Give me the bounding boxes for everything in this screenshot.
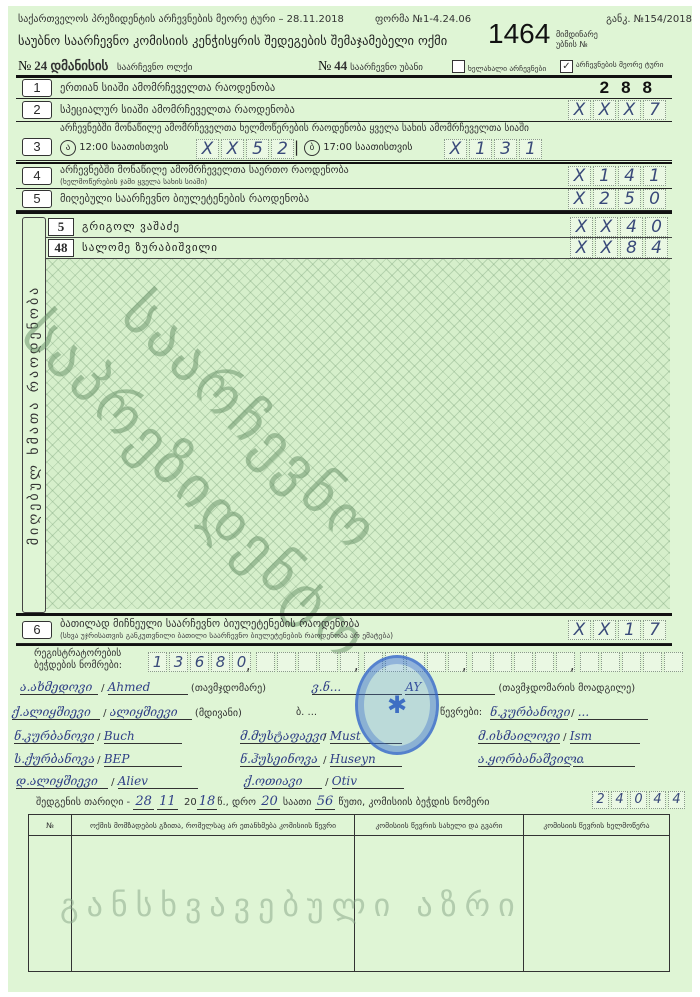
section-divider <box>16 613 672 616</box>
member-name: მ.მუსტაფაევი <box>240 729 320 744</box>
digit-box[interactable]: 1 <box>148 652 167 672</box>
row-number: 3 <box>22 138 52 156</box>
digit-boxes: X 2 5 0 <box>568 189 666 209</box>
section-divider <box>16 644 672 646</box>
member-signature: დ.ალიყშიევი / Aliev <box>16 774 198 789</box>
digit-boxes: X X 4 0 <box>570 217 668 237</box>
time-12-label: 12:00 საათისთვის <box>79 142 168 153</box>
date-month: 11 <box>157 794 178 810</box>
year-prefix: 20 <box>184 797 197 808</box>
member-signature: ს.ქურბანოვა / ВЕР <box>14 752 182 767</box>
repeat-election-checkbox[interactable] <box>452 60 465 73</box>
precinct-id-number: 1464 <box>488 18 550 50</box>
digit-box[interactable]: 1 <box>593 166 616 186</box>
digit-box[interactable]: 0 <box>643 189 666 209</box>
digit-box[interactable]: 2 <box>271 139 294 159</box>
member-name: ნ.ჰუსეინოვა <box>240 752 320 767</box>
digit-box[interactable]: 2 <box>592 791 609 809</box>
candidate-number: 48 <box>48 239 74 257</box>
candidate-name: სალომე ზურაბიშვილი <box>82 241 218 254</box>
cell[interactable] <box>524 836 670 972</box>
district-number: 24 დმანისის <box>34 58 108 73</box>
digit-box[interactable]: X <box>618 100 641 120</box>
row-sublabel: (ხელმოწერების ჯამი ყველა სახის სიაში) <box>60 177 207 186</box>
digit-box[interactable] <box>514 652 533 672</box>
candidate-name: გრიგოლ ვაშაძე <box>82 220 180 233</box>
digit-box[interactable]: X <box>570 217 593 237</box>
precinct-label: საარჩევნო უბანი <box>350 63 423 73</box>
digit-box[interactable]: 7 <box>643 100 666 120</box>
digit-box[interactable]: X <box>568 620 591 640</box>
digit-box[interactable] <box>277 652 296 672</box>
time-17-group: ბ 17:00 საათისთვის <box>304 140 413 156</box>
commission-seal-stamp <box>355 655 439 755</box>
row-number: 2 <box>22 101 52 119</box>
year-unit: წ., დრო <box>217 797 256 808</box>
row-4-total-voters: 4 არჩევნებში მონაწილე ამომრჩეველთა საერთ… <box>16 162 672 189</box>
member-sig: ... <box>573 752 635 767</box>
district-prefix: № <box>18 59 31 74</box>
digit-box[interactable] <box>643 652 662 672</box>
comma: , <box>246 658 250 674</box>
digit-box[interactable] <box>664 652 683 672</box>
option-b-marker: ბ <box>304 140 320 156</box>
member-sig: Otiv <box>332 774 404 789</box>
digit-boxes: X X 1 7 <box>568 620 666 640</box>
digit-box[interactable]: 1 <box>643 166 666 186</box>
digit-box[interactable]: X <box>568 100 591 120</box>
year-suffix: 18 <box>197 794 218 810</box>
digit-box[interactable]: X <box>593 100 616 120</box>
deputy-role: (თავმჯდომარის მოადგილე) <box>498 683 635 694</box>
time-12-group: ა 12:00 საათისთვის <box>60 140 169 156</box>
printed-value: 288 <box>600 78 664 98</box>
row-3-signatures-by-time: 3 არჩევნებში მონაწილე ამომრჩეველთა ხელმო… <box>16 122 672 161</box>
hour: 20 <box>259 794 280 810</box>
district-precinct-row: № 24 დმანისის საარჩევნო ოლქი № 44 საარჩე… <box>18 58 684 74</box>
col-disagreement: ოქმის მომზადების გზითა, რომელსაც არ ეთან… <box>72 815 355 836</box>
row-label: ერთიან სიაში ამომრჩეველთა რაოდენობა <box>60 82 275 94</box>
appendix-reference: განკ. №154/2018 <box>606 14 692 25</box>
col-member-signature: კომისიის წევრის ხელმოწერა <box>524 815 670 836</box>
cancelled-hatch-area: საარჩევნო საპრეზიდენტო <box>46 259 670 609</box>
row-label: სპეციალურ სიაში ამომრჩეველთა რაოდენობა <box>60 104 295 116</box>
row-5-received-ballots: 5 მიღებული საარჩევნო ბიულეტენების რაოდენ… <box>16 188 672 211</box>
member-signature: მ.ისმაილოვი / Ism <box>478 729 640 744</box>
digit-box[interactable] <box>601 652 620 672</box>
digit-box[interactable]: 3 <box>169 652 188 672</box>
digit-box[interactable]: 0 <box>630 791 647 809</box>
digit-box[interactable]: 1 <box>469 139 492 159</box>
digit-box[interactable]: X <box>196 139 219 159</box>
row-number: 1 <box>22 79 52 97</box>
votes-section: მიღებულ ხმათა რაოდენობა 5 გრიგოლ ვაშაძე … <box>16 213 672 613</box>
document-title: საუბნო საარჩევნო კომისიის კენჭისყრის შედ… <box>18 33 447 48</box>
row-label: ბათილად მიჩნეული საარჩევნო ბიულეტენების … <box>60 618 359 630</box>
chair-sig: Ahmed <box>108 680 188 695</box>
digit-box[interactable]: 5 <box>618 189 641 209</box>
digit-box[interactable]: 8 <box>211 652 230 672</box>
digit-box[interactable] <box>256 652 275 672</box>
secretary-signature: ქ.ალიყშიევი / ალიყშიევი (მდივანი) <box>12 705 242 720</box>
member-sig: Ism <box>570 729 640 744</box>
col-number: № <box>29 815 72 836</box>
chair-name: ა.ახმედოვი <box>20 680 98 695</box>
digit-box[interactable]: 2 <box>593 189 616 209</box>
seal-5-boxes <box>580 652 683 672</box>
option-a-marker: ა <box>60 140 76 156</box>
commission-seal-number: 2 4 0 4 4 <box>592 791 685 809</box>
member-sig: ... <box>578 705 648 720</box>
digit-box[interactable]: 6 <box>190 652 209 672</box>
repeat-election-label: ხელახალი არჩევნები <box>468 64 546 73</box>
digit-box[interactable] <box>427 652 446 672</box>
member-sig: ВЕР <box>104 752 182 767</box>
digit-box[interactable]: X <box>570 238 593 258</box>
registrar-label-line2: ბეჭდების ნომრები: <box>34 660 122 672</box>
digit-box[interactable]: 1 <box>519 139 542 159</box>
digit-box[interactable] <box>580 652 599 672</box>
digit-box[interactable]: 8 <box>620 238 643 258</box>
row-6-invalid-ballots: 6 ბათილად მიჩნეული საარჩევნო ბიულეტენები… <box>16 617 672 644</box>
row-label: მიღებული საარჩევნო ბიულეტენების რაოდენობ… <box>60 193 309 205</box>
time-17-label: 17:00 საათისთვის <box>323 142 412 153</box>
digit-box[interactable] <box>622 652 641 672</box>
comma: , <box>354 658 358 674</box>
candidate-row: 5 გრიგოლ ვაშაძე X X 4 0 <box>46 217 672 238</box>
election-title: საქართველოს პრეზიდენტის არჩევნების მეორე… <box>18 14 344 25</box>
runoff-label: არჩევნების მეორე ტური <box>576 60 664 69</box>
district-label: საარჩევნო ოლქი <box>117 63 192 73</box>
digit-boxes-17: X 1 3 1 <box>444 139 542 159</box>
row-label: არჩევნებში მონაწილე ამომრჩეველთა ხელმოწე… <box>60 123 529 134</box>
secretary-name: ქ.ალიყშიევი <box>12 705 100 720</box>
digit-box[interactable]: 3 <box>494 139 517 159</box>
member-name: დ.ალიყშიევი <box>16 774 108 789</box>
digit-box[interactable] <box>493 652 512 672</box>
member-signature: ნ.კურბანოვი / Buch <box>14 729 182 744</box>
digit-box[interactable] <box>472 652 491 672</box>
digit-boxes-12: X X 5 2 <box>196 139 294 159</box>
compilation-date-line: შედგენის თარიღი - 28 11 2018წ., დრო 20 ს… <box>36 794 489 809</box>
digit-box[interactable]: 5 <box>246 139 269 159</box>
digit-box[interactable] <box>535 652 554 672</box>
minute: 56 <box>315 794 336 810</box>
digit-box[interactable]: 0 <box>645 217 668 237</box>
digit-box[interactable]: X <box>593 620 616 640</box>
member-name: ნ.კურბანოვი <box>490 705 568 720</box>
digit-boxes: X X 8 4 <box>570 238 668 258</box>
digit-box[interactable]: X <box>444 139 467 159</box>
candidate-number: 5 <box>48 218 74 236</box>
digit-box[interactable]: 4 <box>611 791 628 809</box>
secretary-role: (მდივანი) <box>195 708 242 719</box>
precinct-number: 44 <box>334 58 347 73</box>
col-member-name: კომისიის წევრის სახელი და გვარი <box>355 815 524 836</box>
digit-box[interactable] <box>319 652 338 672</box>
votes-vertical-label-box: მიღებულ ხმათა რაოდენობა <box>22 217 46 613</box>
digit-boxes: X 1 4 1 <box>568 166 666 186</box>
seal-1-boxes: 1 3 6 8 0 <box>148 652 251 672</box>
members-label: წევრები: <box>440 707 482 718</box>
precinct-prefix: № <box>318 59 331 74</box>
row-2-special-list: 2 სპეციალურ სიაში ამომრჩეველთა რაოდენობა… <box>16 99 672 122</box>
comma: , <box>570 658 574 674</box>
dissent-watermark: განსხვავებული აზრი <box>60 886 523 924</box>
row-number: 5 <box>22 190 52 208</box>
digit-box[interactable]: 4 <box>618 166 641 186</box>
repeat-election-option[interactable]: ხელახალი არჩევნები <box>452 60 546 74</box>
registrar-label: რეგისტრატორების ბეჭდების ნომრები: <box>34 648 122 672</box>
digit-box[interactable]: X <box>595 217 618 237</box>
member-name: ნ.კურბანოვი <box>14 729 94 744</box>
member-name: ქ.ოთიავი <box>244 774 322 789</box>
digit-box[interactable]: X <box>568 166 591 186</box>
hour-unit: საათი <box>283 797 312 808</box>
digit-box[interactable]: X <box>568 189 591 209</box>
digit-box[interactable]: 1 <box>618 620 641 640</box>
date-label: შედგენის თარიღი - <box>36 797 130 808</box>
digit-box[interactable] <box>298 652 317 672</box>
form-number: ფორმა №1-4.24.06 <box>375 14 471 25</box>
date-day: 28 <box>133 794 154 810</box>
runoff-option[interactable]: ✓ არჩევნების მეორე ტური <box>560 60 663 73</box>
seal-4-boxes <box>472 652 575 672</box>
members-prefix: ბ. ... <box>296 707 317 718</box>
secretary-sig: ალიყშიევი <box>110 705 192 720</box>
chair-role: (თავმჯდომარე) <box>191 683 266 694</box>
row-sublabel: (სხვა უჯრისათვის განკუთვნილი ბათილი საარ… <box>60 631 393 640</box>
registrar-label-line1: რეგისტრატორების <box>34 648 122 660</box>
row-number: 4 <box>22 167 52 185</box>
digit-box[interactable]: 4 <box>668 791 685 809</box>
digit-box[interactable]: X <box>221 139 244 159</box>
member-signature: ა.ყორბანაშვილი ... <box>478 752 635 767</box>
candidate-row: 48 სალომე ზურაბიშვილი X X 8 4 <box>46 238 672 259</box>
runoff-checkbox[interactable]: ✓ <box>560 60 573 73</box>
member-signature: ქ.ოთიავი / Otiv <box>244 774 404 789</box>
member-signature: ნ.ჰუსეინოვა / Huseyn <box>240 752 402 767</box>
member-sig: Aliev <box>118 774 198 789</box>
member-sig: Buch <box>104 729 182 744</box>
member-name: ა.ყორბანაშვილი <box>478 752 570 767</box>
row-label: არჩევნებში მონაწილე ამომრჩეველთა საერთო … <box>60 165 349 176</box>
digit-box[interactable]: 4 <box>649 791 666 809</box>
registrar-seals: რეგისტრატორების ბეჭდების ნომრები: 1 3 6 … <box>20 648 680 678</box>
digit-box[interactable]: 4 <box>620 217 643 237</box>
row-1-voters-unified-list: 1 ერთიან სიაში ამომრჩეველთა რაოდენობა 28… <box>16 78 672 99</box>
separator: | <box>294 138 299 156</box>
row-number: 6 <box>22 621 52 639</box>
digit-box[interactable]: 4 <box>645 238 668 258</box>
precinct-id-label: მიმდინარე უბნის № <box>556 30 616 50</box>
minute-unit: წუთი, კომისიის ბეჭდის ნომერი <box>338 797 489 808</box>
member-signature: ნ.კურბანოვი / ... <box>490 705 648 720</box>
seal-2-boxes <box>256 652 359 672</box>
chair-signature: ა.ახმედოვი / Ahmed (თავმჯდომარე) <box>20 680 266 695</box>
digit-boxes: X X X 7 <box>568 100 666 120</box>
comma: , <box>462 658 466 674</box>
digit-box[interactable]: X <box>595 238 618 258</box>
member-name: ს.ქურბანოვა <box>14 752 94 767</box>
digit-box[interactable]: 7 <box>643 620 666 640</box>
member-name: მ.ისმაილოვი <box>478 729 560 744</box>
